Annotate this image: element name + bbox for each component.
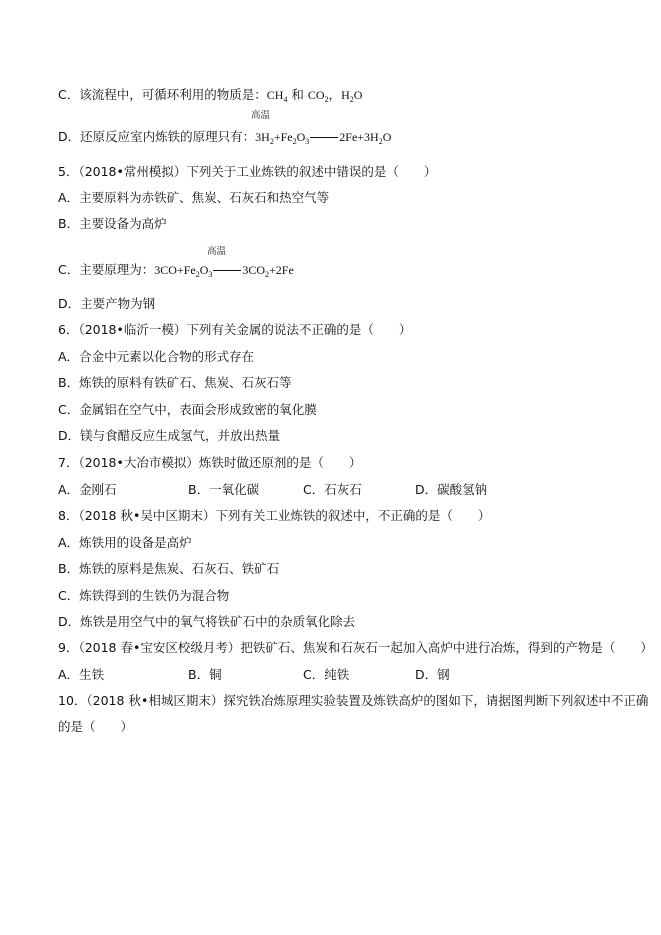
question-10-stem-line2: 的是（ ） — [58, 719, 133, 735]
question-9-option-a: A．生铁 — [58, 667, 104, 683]
question-9-stem: 9．（2018 春•宝安区校级月考）把铁矿石、焦炭和石灰石一起加入高炉中进行冶炼… — [58, 640, 653, 656]
prev-option-d: D．还原反应室内炼铁的原理只有：3H2+Fe2O32Fe+3H2O — [58, 129, 391, 145]
formula-h2o: H2O — [341, 88, 362, 102]
question-5-option-b: B．主要设备为高炉 — [58, 216, 167, 232]
question-6-option-a: A．合金中元素以化合物的形式存在 — [58, 349, 254, 365]
option-label: C． — [58, 87, 79, 102]
reaction-condition-label: 高温 — [207, 246, 226, 258]
formula-ch4: CH4 — [267, 88, 288, 102]
question-5-option-c: C．主要原理为：3CO+Fe2O33CO2+2Fe — [58, 262, 294, 278]
question-6-option-d: D．镁与食醋反应生成氢气，并放出热量 — [58, 428, 280, 444]
question-7-stem: 7．（2018•大冶市模拟）炼铁时做还原剂的是（ ） — [58, 455, 361, 471]
question-6-option-c: C．金属铝在空气中，表面会形成致密的氧化膜 — [58, 402, 317, 418]
reaction-arrow-line — [213, 270, 241, 271]
question-5-option-d: D．主要产物为钢 — [58, 296, 155, 312]
question-7-option-d: D．碳酸氢钠 — [415, 482, 487, 498]
question-8-option-c: C．炼铁得到的生铁仍为混合物 — [58, 588, 229, 604]
chemical-equation: 3CO+Fe2O33CO2+2Fe — [154, 263, 294, 277]
chemical-equation: 3H2+Fe2O32Fe+3H2O — [255, 130, 391, 144]
question-5-option-a: A．主要原料为赤铁矿、焦炭、石灰石和热空气等 — [58, 190, 329, 206]
question-9-option-b: B．铜 — [188, 667, 222, 683]
question-8-option-b: B．炼铁的原料是焦炭、石灰石、铁矿石 — [58, 561, 279, 577]
prev-option-c: C．该流程中，可循环利用的物质是：CH4 和 CO2，H2O — [58, 87, 362, 103]
question-6-option-b: B．炼铁的原料有铁矿石、焦炭、石灰石等 — [58, 375, 292, 391]
question-8-option-d: D．炼铁是用空气中的氧气将铁矿石中的杂质氧化除去 — [58, 614, 355, 630]
question-7-option-b: B．一氧化碳 — [188, 482, 259, 498]
question-6-stem: 6．（2018•临沂一模）下列有关金属的说法不正确的是（ ） — [58, 322, 411, 338]
question-9-option-d: D．钢 — [415, 667, 450, 683]
option-text: 该流程中，可循环利用的物质是： — [79, 87, 267, 102]
question-8-stem: 8．（2018 秋•吴中区期末）下列有关工业炼铁的叙述中，不正确的是（ ） — [58, 508, 490, 524]
question-9-option-c: C．纯铁 — [303, 667, 349, 683]
reaction-condition-label: 高温 — [251, 110, 270, 122]
question-5-stem: 5．（2018•常州模拟）下列关于工业炼铁的叙述中错误的是（ ） — [58, 164, 436, 180]
question-8-option-a: A．炼铁用的设备是高炉 — [58, 535, 192, 551]
question-10-stem-line1: 10．（2018 秋•相城区期末）探究铁冶炼原理实验装置及炼铁高炉的图如下，请据… — [58, 693, 648, 709]
question-7-option-a: A．金刚石 — [58, 482, 117, 498]
formula-co2: CO2 — [308, 88, 329, 102]
option-label: D． — [58, 129, 80, 144]
option-text: 还原反应室内炼铁的原理只有： — [80, 129, 255, 144]
reaction-arrow-line — [310, 137, 338, 138]
question-7-option-c: C．石灰石 — [303, 482, 362, 498]
